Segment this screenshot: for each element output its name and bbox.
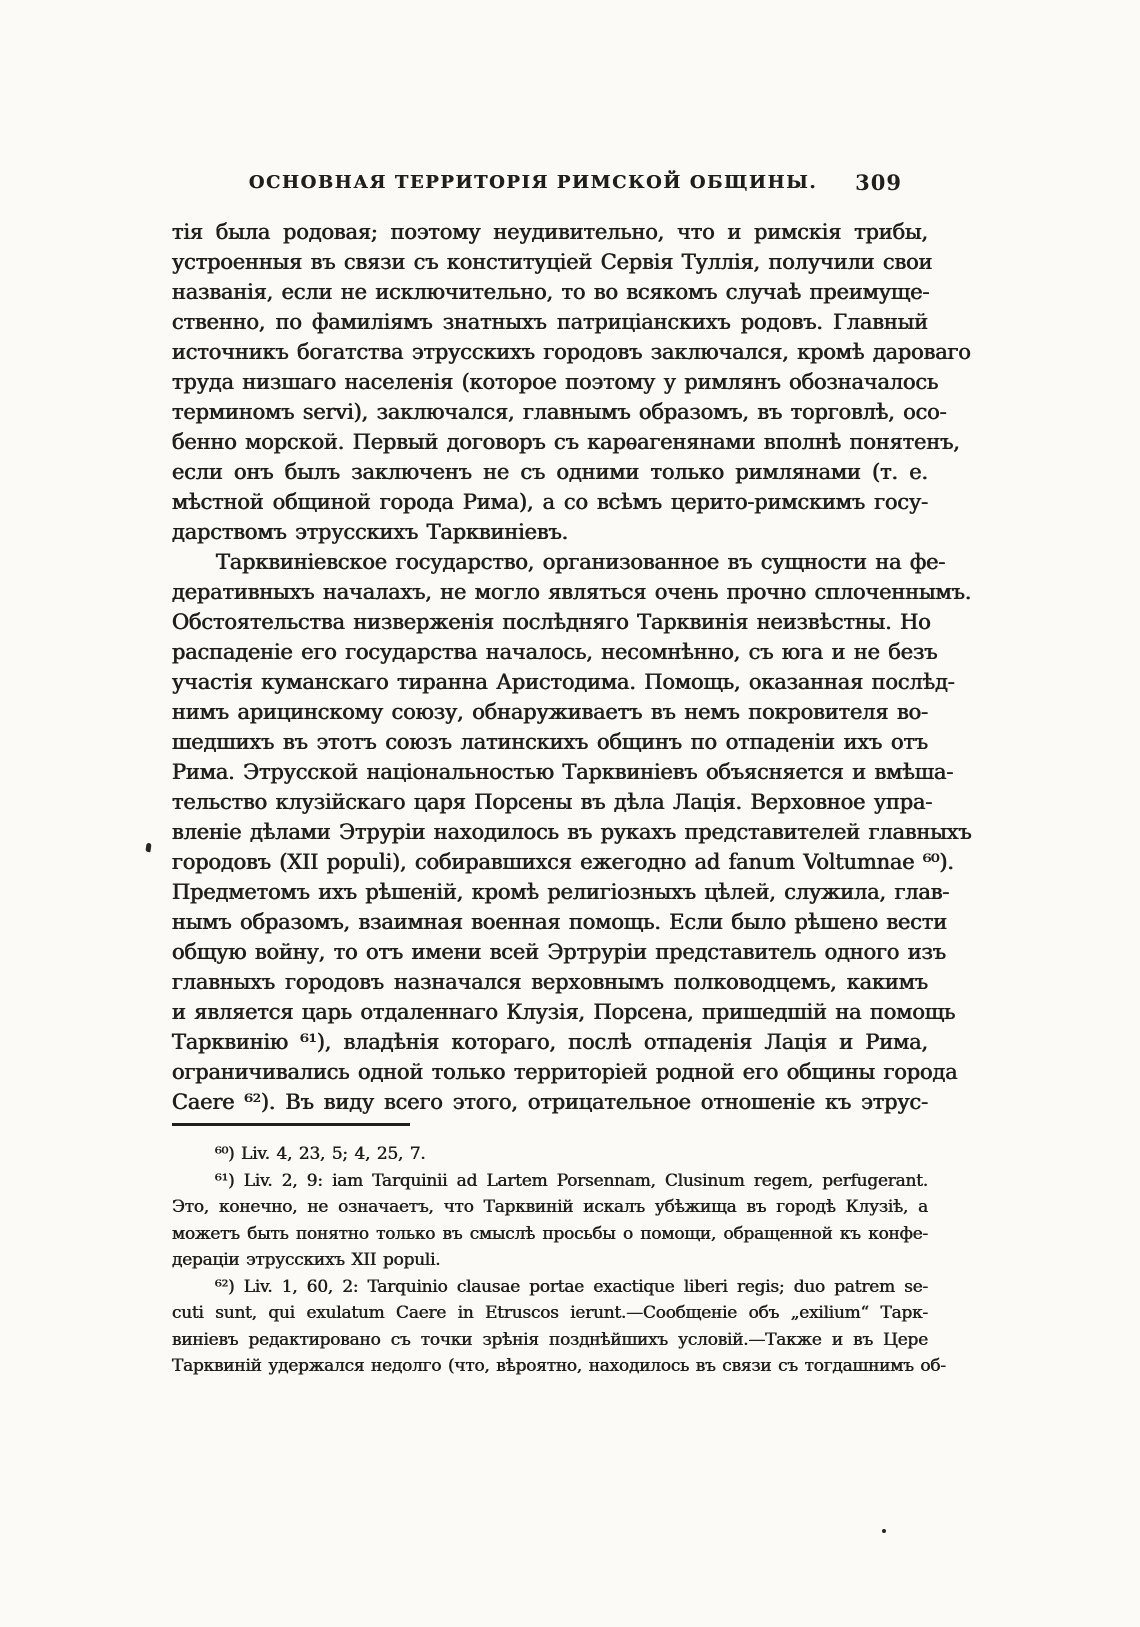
footnote-line: ⁶¹) Liv. 2, 9: iam Tarquinii ad Lartem P… (172, 1168, 928, 1195)
page-number: 309 (855, 170, 902, 195)
footnote-line: можетъ быть понятно только въ смыслѣ про… (172, 1221, 928, 1248)
book-page: ОСНОВНАЯ ТЕРРИТОРІЯ РИМСКОЙ ОБЩИНЫ. 309 … (0, 0, 1140, 1627)
text-line: дарствомъ этрусскихъ Тарквиніевъ. (172, 517, 928, 547)
text-line: Caere ⁶²). Въ виду всего этого, отрицате… (172, 1087, 928, 1117)
text-line: ственно, по фамиліямъ знатныхъ патриціан… (172, 307, 928, 337)
footnote-line: cuti sunt, qui exulatum Caere in Etrusco… (172, 1300, 928, 1327)
footnote-line: дераціи этрусскихъ XII populi. (172, 1247, 928, 1274)
text-line: Тарквинію ⁶¹), владѣнія котораго, послѣ … (172, 1027, 928, 1057)
main-text: тія была родовая; поэтому неудивительно,… (172, 217, 928, 1117)
text-line: тія была родовая; поэтому неудивительно,… (172, 217, 928, 247)
footnote-line: Это, конечно, не означаетъ, что Тарквині… (172, 1194, 928, 1221)
footnote-line: ⁶⁰) Liv. 4, 23, 5; 4, 25, 7. (172, 1141, 928, 1168)
text-line: Предметомъ ихъ рѣшеній, кромѣ религіозны… (172, 877, 928, 907)
text-line: источникъ богатства этрусскихъ городовъ … (172, 337, 928, 367)
text-line: названія, если не исключительно, то во в… (172, 277, 928, 307)
text-line: мѣстной общиной города Рима), а со всѣмъ… (172, 487, 928, 517)
text-line: распаденіе его государства началось, нес… (172, 637, 928, 667)
text-line: Тарквиніевское государство, организованн… (172, 547, 928, 577)
text-line: устроенныя въ связи съ конституціей Серв… (172, 247, 928, 277)
text-line: вленіе дѣлами Этруріи находилось въ рука… (172, 817, 928, 847)
text-line: тельство клузійскаго царя Порсены въ дѣл… (172, 787, 928, 817)
running-head: ОСНОВНАЯ ТЕРРИТОРІЯ РИМСКОЙ ОБЩИНЫ. 309 (172, 170, 928, 200)
text-line: городовъ (XII populi), собиравшихся ежег… (172, 847, 928, 877)
paragraph: Тарквиніевское государство, организованн… (172, 547, 928, 1117)
text-line: общую войну, то отъ имени всей Эртруріи … (172, 937, 928, 967)
text-line: нымъ образомъ, взаимная военная помощь. … (172, 907, 928, 937)
footnote-separator (172, 1123, 410, 1126)
ink-speck (882, 1529, 886, 1533)
page-title: ОСНОВНАЯ ТЕРРИТОРІЯ РИМСКОЙ ОБЩИНЫ. (249, 172, 817, 193)
text-line: деративныхъ началахъ, не могло являться … (172, 577, 928, 607)
text-line: терминомъ servi), заключался, главнымъ о… (172, 397, 928, 427)
footnote-line: Тарквиній удержался недолго (что, вѣроят… (172, 1353, 928, 1380)
footnote-line: ⁶²) Liv. 1, 60, 2: Tarquinio clausae por… (172, 1274, 928, 1301)
text-line: бенно морской. Первый договоръ съ карѳаг… (172, 427, 928, 457)
footnotes: ⁶⁰) Liv. 4, 23, 5; 4, 25, 7. ⁶¹) Liv. 2,… (172, 1141, 928, 1380)
text-line: участія куманскаго тиранна Аристодима. П… (172, 667, 928, 697)
text-line: Рима. Этрусской національностью Тарквині… (172, 757, 928, 787)
ink-speck (145, 843, 151, 853)
paragraph: тія была родовая; поэтому неудивительно,… (172, 217, 928, 547)
text-line: Обстоятельства низверженія послѣдняго Та… (172, 607, 928, 637)
text-line: и является царь отдаленнаго Клузія, Порс… (172, 997, 928, 1027)
footnote-line: виніевъ редактировано съ точки зрѣнія по… (172, 1327, 928, 1354)
text-line: шедшихъ въ этотъ союзъ латинскихъ общинъ… (172, 727, 928, 757)
text-line: если онъ былъ заключенъ не съ одними тол… (172, 457, 928, 487)
text-line: труда низшаго населенія (которое поэтому… (172, 367, 928, 397)
text-line: ограничивались одной только территоріей … (172, 1057, 928, 1087)
text-line: нимъ арицинскому союзу, обнаруживаетъ въ… (172, 697, 928, 727)
text-line: главныхъ городовъ назначался верховнымъ … (172, 967, 928, 997)
